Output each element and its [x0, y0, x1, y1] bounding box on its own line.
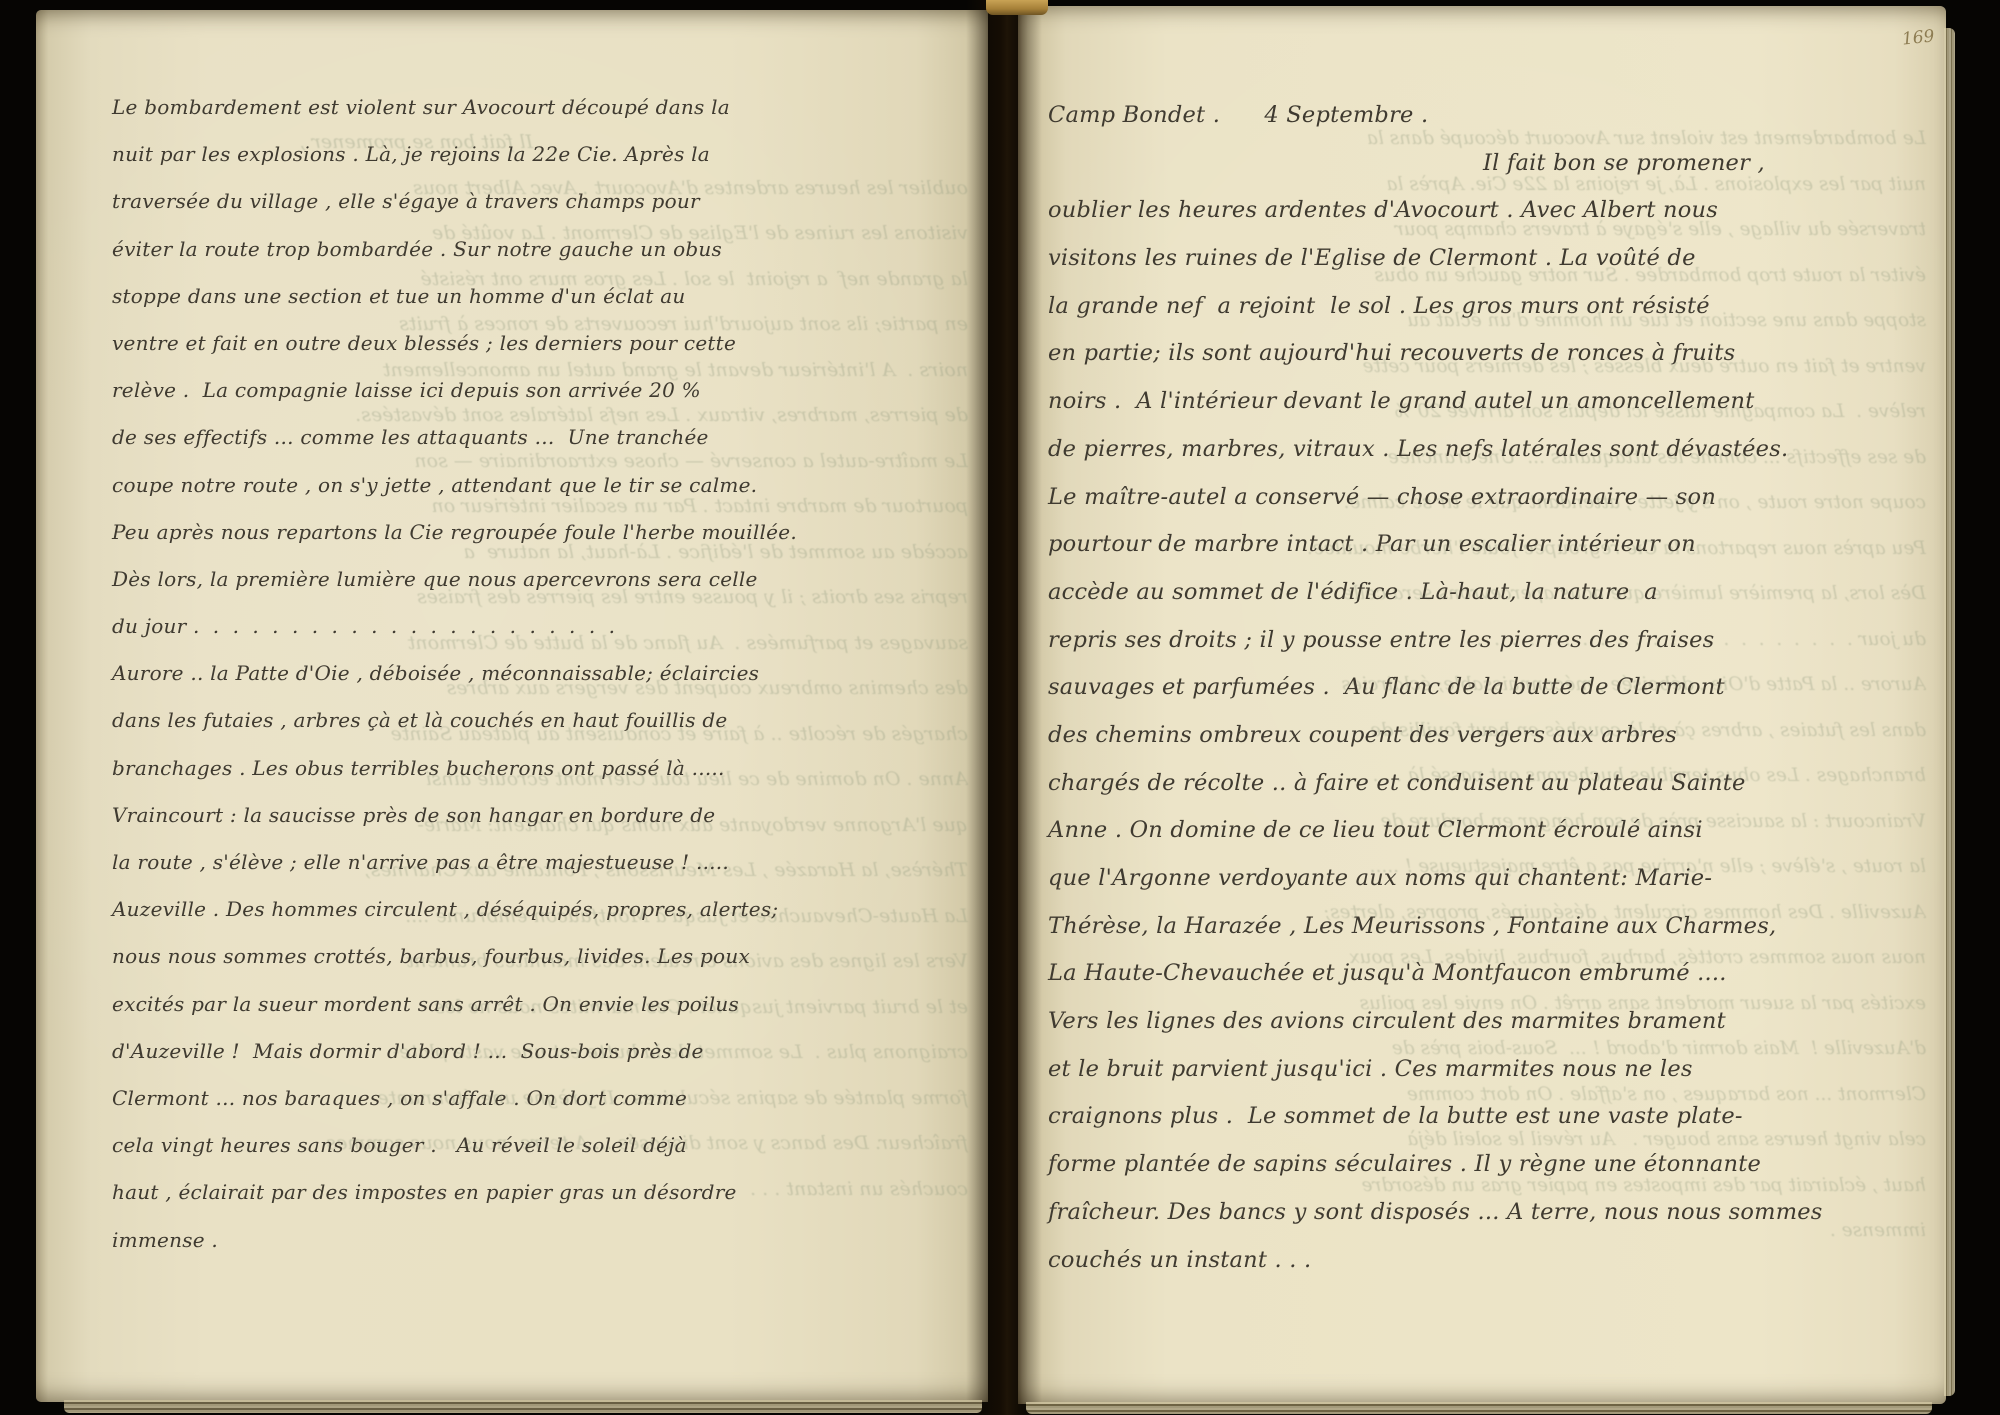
handwritten-line: Clermont ... nos baraques , on s'affale … — [112, 1075, 788, 1122]
handwritten-line: repris ses droits ; il y pousse entre le… — [1048, 617, 1922, 665]
handwritten-line: éviter la route trop bombardée . Sur not… — [112, 226, 788, 273]
handwritten-line: La Haute-Chevauchée et jusqu'à Montfauco… — [1048, 950, 1922, 998]
handwritten-line: Le bombardement est violent sur Avocourt… — [112, 84, 788, 131]
handwritten-line: et le bruit parvient jusqu'ici . Ces mar… — [1048, 1046, 1922, 1094]
handwritten-line: en partie; ils sont aujourd'hui recouver… — [1048, 330, 1922, 378]
handwritten-line: Vers les lignes des avions circulent des… — [1048, 998, 1922, 1046]
handwritten-line: de ses effectifs ... comme les attaquant… — [112, 414, 788, 461]
binding-top-edge — [986, 0, 1048, 15]
right-page: Le bombardement est violent sur Avocourt… — [1018, 6, 1946, 1404]
handwritten-line: pourtour de marbre intact . Par un escal… — [1048, 521, 1922, 569]
handwritten-line: du jour . . . . . . . . . . . . . . . . … — [112, 603, 788, 650]
handwritten-line: ventre et fait en outre deux blessés ; l… — [112, 320, 788, 367]
handwritten-line: immense . — [112, 1217, 788, 1264]
handwritten-line: dans les futaies , arbres çà et là couch… — [112, 697, 788, 744]
handwritten-line: Peu après nous repartons la Cie regroupé… — [112, 509, 788, 556]
diary-photo: Il fait bon se promener ,oublier les heu… — [0, 0, 2000, 1415]
handwritten-line: oublier les heures ardentes d'Avocourt .… — [1048, 187, 1922, 235]
right-page-lines: Il fait bon se promener ,oublier les heu… — [1048, 140, 1922, 1285]
fore-edge-pages — [1944, 28, 1955, 1396]
handwritten-line: des chemins ombreux coupent des vergers … — [1048, 712, 1922, 760]
handwritten-line: noirs . A l'intérieur devant le grand au… — [1048, 378, 1922, 426]
left-page: Il fait bon se promener ,oublier les heu… — [36, 10, 988, 1402]
handwritten-line: haut , éclairait par des impostes en pap… — [112, 1169, 788, 1216]
handwritten-line: nous nous sommes crottés, barbus, fourbu… — [112, 933, 788, 980]
handwritten-line: sauvages et parfumées . Au flanc de la b… — [1048, 664, 1922, 712]
handwritten-line: forme plantée de sapins séculaires . Il … — [1048, 1141, 1922, 1189]
handwritten-line: stoppe dans une section et tue un homme … — [112, 273, 788, 320]
handwritten-line: de pierres, marbres, vitraux . Les nefs … — [1048, 426, 1922, 474]
handwritten-line: traversée du village , elle s'égaye à tr… — [112, 178, 788, 225]
handwritten-line: branchages . Les obus terribles bucheron… — [112, 745, 788, 792]
page-stack-edge-left — [64, 1400, 982, 1413]
handwritten-line: relève . La compagnie laisse ici depuis … — [112, 367, 788, 414]
handwritten-line: Auzeville . Des hommes circulent , déséq… — [112, 886, 788, 933]
entry-heading: Camp Bondet . 4 Septembre . — [1048, 92, 1922, 140]
handwritten-line: couchés un instant . . . — [1048, 1237, 1922, 1285]
handwritten-line: Aurore .. la Patte d'Oie , déboisée , mé… — [112, 650, 788, 697]
handwritten-line: la grande nef a rejoint le sol . Les gro… — [1048, 283, 1922, 331]
handwritten-line: coupe notre route , on s'y jette , atten… — [112, 462, 788, 509]
handwritten-line: accède au sommet de l'édifice . Là-haut,… — [1048, 569, 1922, 617]
handwritten-line: Dès lors, la première lumière que nous a… — [112, 556, 788, 603]
handwritten-line: Vraincourt : la saucisse près de son han… — [112, 792, 788, 839]
book-gutter-shadow — [966, 0, 1042, 1415]
page-number: 169 — [1901, 26, 1935, 49]
right-page-text: Camp Bondet . 4 Septembre . Il fait bon … — [1048, 92, 1922, 1284]
handwritten-line: la route , s'élève ; elle n'arrive pas a… — [112, 839, 788, 886]
handwritten-line: Anne . On domine de ce lieu tout Clermon… — [1048, 807, 1922, 855]
handwritten-line: Thérèse, la Harazée , Les Meurissons , F… — [1048, 903, 1922, 951]
handwritten-line: chargés de récolte .. à faire et conduis… — [1048, 760, 1922, 808]
handwritten-line: d'Auzeville ! Mais dormir d'abord ! ... … — [112, 1028, 788, 1075]
handwritten-line: cela vingt heures sans bouger . Au révei… — [112, 1122, 788, 1169]
handwritten-line: visitons les ruines de l'Eglise de Clerm… — [1048, 235, 1922, 283]
handwritten-line: excités par la sueur mordent sans arrêt … — [112, 981, 788, 1028]
page-stack-edge-right — [1026, 1402, 1932, 1414]
handwritten-line: Le maître-autel a conservé — chose extra… — [1048, 474, 1922, 522]
handwritten-line: craignons plus . Le sommet de la butte e… — [1048, 1093, 1922, 1141]
handwritten-line: fraîcheur. Des bancs y sont disposés ...… — [1048, 1189, 1922, 1237]
handwritten-line: Il fait bon se promener , — [1048, 140, 1922, 188]
handwritten-line: nuit par les explosions . Là, je rejoins… — [112, 131, 788, 178]
handwritten-line: que l'Argonne verdoyante aux noms qui ch… — [1048, 855, 1922, 903]
left-page-text: Le bombardement est violent sur Avocourt… — [112, 84, 788, 1264]
